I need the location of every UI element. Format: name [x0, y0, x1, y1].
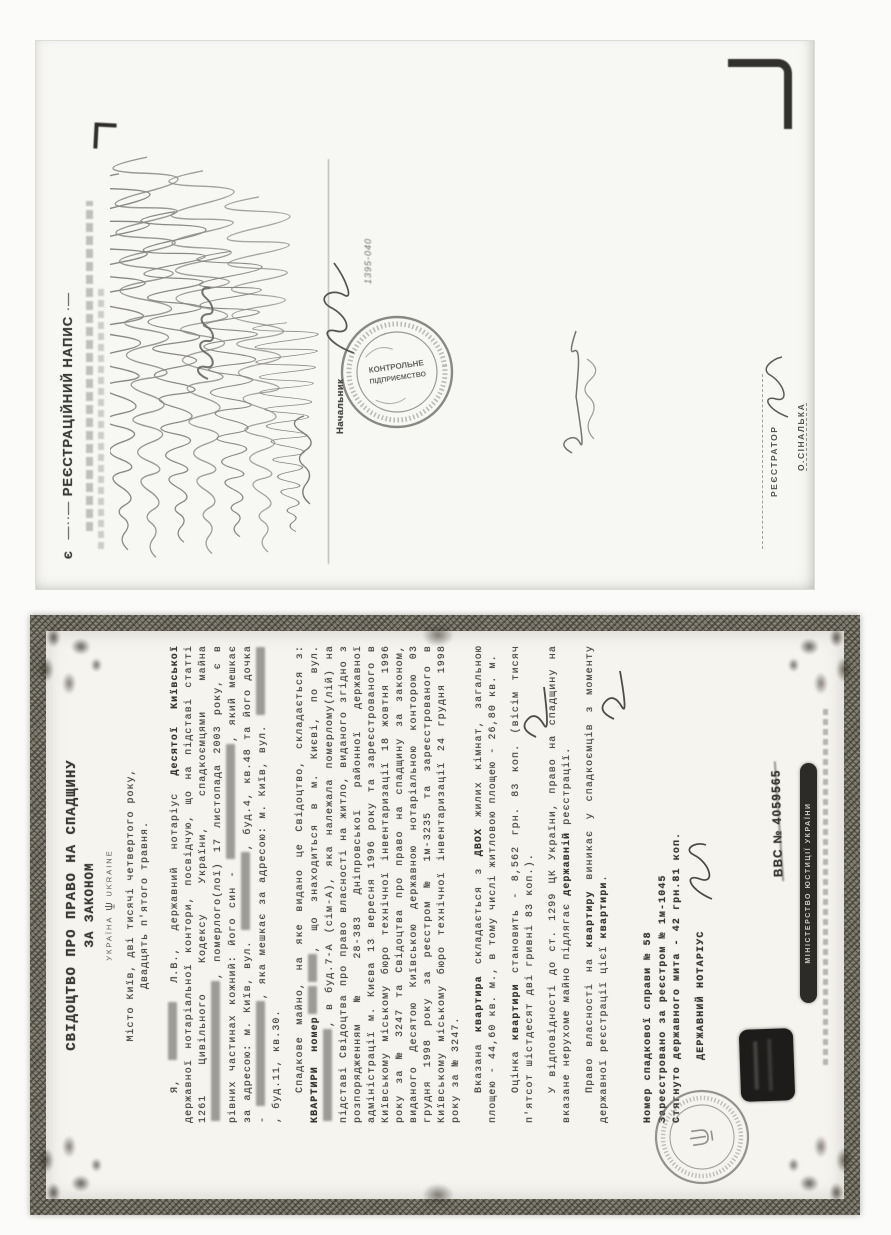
photo-corner-bracket	[728, 59, 792, 129]
certificate-text-segment: , буд.11, кв.30.	[272, 1009, 283, 1123]
country-ukraine-uk: УКРАЇНА	[104, 916, 113, 961]
redaction-box	[211, 981, 220, 1121]
certificate-title-line2: ЗА ЗАКОНОМ	[83, 655, 97, 1155]
trident-emblem-icon	[104, 902, 115, 911]
certificate-text-segment: квартири	[511, 983, 522, 1040]
certificate-text-segment: державній	[562, 832, 573, 896]
redaction-box	[323, 1029, 332, 1121]
certificate-text-segment: Л.В., державний нотаріус	[170, 776, 181, 1000]
certificate-paragraph: Вказана квартира складається з ДВОХ жили…	[473, 645, 501, 1123]
certificate-text-segment: складається з	[474, 856, 485, 975]
illegible-small-print	[86, 201, 93, 531]
redaction-box	[168, 1002, 177, 1060]
border-ornament-left-edge	[410, 1175, 466, 1215]
redaction-box	[241, 852, 250, 930]
certificate-text-segment: Я,	[170, 1062, 181, 1093]
illegible-printer-imprint	[823, 705, 828, 1065]
certificate-body: Я, Л.В., державний нотаріус Десятої Київ…	[168, 645, 621, 1123]
redaction-box	[256, 1001, 265, 1106]
certificate-text-segment: .	[599, 874, 610, 881]
certificate-text-segment: квартира	[474, 975, 485, 1032]
certificate-text-segment: , в буд.7-А (сім-А), яка належала померл…	[325, 645, 462, 1123]
page2-wrapper: СВІДОЦТВО ПРО ПРАВО НА СПАДЩИНУ ЗА ЗАКОН…	[30, 615, 860, 1215]
country-line: УКРАЇНАUKRAINE	[104, 655, 115, 1155]
page-certificate: СВІДОЦТВО ПРО ПРАВО НА СПАДЩИНУ ЗА ЗАКОН…	[30, 615, 860, 1215]
handwriting-block	[110, 124, 330, 564]
round-stamp-control-enterprise: КОНТРОЛЬНЕ ПІДПРИЄМСТВО	[330, 305, 463, 438]
illegible-small-print	[98, 289, 104, 549]
certificate-text-segment: квартири	[599, 882, 610, 939]
registry-number-line: Зареєстровано за реєстром № 1м-1045	[657, 832, 672, 1123]
certificate-text-segment: ДВОХ	[474, 828, 485, 856]
header-dash: —··—	[60, 501, 75, 540]
certificate-text-segment: КВАРТИРИ номер	[310, 1016, 321, 1123]
redaction-box	[226, 744, 235, 859]
registration-header-text: РЕЄСТРАЦІЙНИЙ НАПИС	[60, 316, 75, 496]
certificate-footer: Номер спадкової справи № 58 Зареєстрован…	[642, 832, 686, 1123]
registrar-signature	[762, 351, 796, 421]
certificate-text-segment: , що знаходиться в м. Києві, по вул.	[310, 645, 321, 952]
certificate-text-segment: , яка мешкає за адресою: м. Київ, вул.	[258, 717, 269, 999]
registrar-name: О.СІНАЛЬКА	[796, 403, 807, 471]
certificate-text-segment: квартиру	[585, 890, 596, 947]
certificate-paragraph: Я, Л.В., державний нотаріус Десятої Київ…	[168, 645, 285, 1123]
notary-label: ДЕРЖАВНИЙ НОТАРІУС	[696, 930, 707, 1060]
ministry-banner: МІНІСТЕРСТВО ЮСТИЦІЇ УКРАЇНИ	[800, 763, 817, 1003]
notary-signature	[682, 835, 722, 905]
page-registration-inscription: Є —··— РЕЄСТРАЦІЙНИЙ НАПИС ·—	[35, 40, 815, 590]
registration-header: Є —··— РЕЄСТРАЦІЙНИЙ НАПИС ·—	[60, 139, 75, 559]
redaction-box	[308, 954, 317, 982]
certificate-paragraph: Спадкове майно, на яке видано це Свідоцт…	[294, 645, 464, 1123]
case-number-line: Номер спадкової справи № 58	[642, 832, 657, 1123]
certificate-text-segment: реєстрації.	[562, 747, 573, 832]
country-ukraine-en: UKRAINE	[104, 849, 113, 896]
page1-wrapper: Є —··— РЕЄСТРАЦІЙНИЙ НАПИС ·—	[35, 40, 815, 590]
header-prefix: Є	[63, 550, 75, 559]
certificate-text-segment: Вказана	[474, 1032, 485, 1093]
date-line1: Місто Київ, дві тисячі четвертого року,	[126, 655, 137, 1155]
certificate-text-segment: Спадкове майно, на яке видано це Свідоцт…	[295, 645, 306, 1093]
border-ornament-bottom-right	[778, 619, 856, 711]
handwritten-flourish	[596, 667, 626, 727]
certificate-text-segment: Право власності на	[585, 947, 596, 1093]
handwritten-flourish	[518, 685, 548, 745]
certificate-text-segment: Десятої Київської	[170, 645, 181, 776]
date-line2: Двадцять п'ятого травня.	[140, 655, 151, 1155]
handwritten-number: 1395-040	[363, 238, 373, 284]
redaction-box	[256, 647, 265, 715]
divider-rule	[328, 159, 329, 564]
header-dash: ·—	[60, 292, 75, 311]
redaction-box	[308, 986, 317, 1014]
border-ornament-bottom-left	[778, 1119, 856, 1211]
scanned-document-canvas: Є —··— РЕЄСТРАЦІЙНИЙ НАПИС ·—	[0, 0, 891, 1235]
certificate-title-line1: СВІДОЦТВО ПРО ПРАВО НА СПАДЩИНУ	[64, 655, 80, 1155]
handwritten-date	[552, 289, 602, 459]
registrar-label: РЕЄСТРАТОР	[769, 426, 779, 497]
certificate-text-segment: державної нотаріальної контори, посвідчу…	[184, 645, 209, 1123]
certificate-text-segment: Оцінка	[511, 1040, 522, 1093]
certificate-paragraph: У відповідності до ст. 1299 ЦК України, …	[547, 645, 575, 1123]
dark-rectangular-stamp	[739, 1028, 795, 1102]
